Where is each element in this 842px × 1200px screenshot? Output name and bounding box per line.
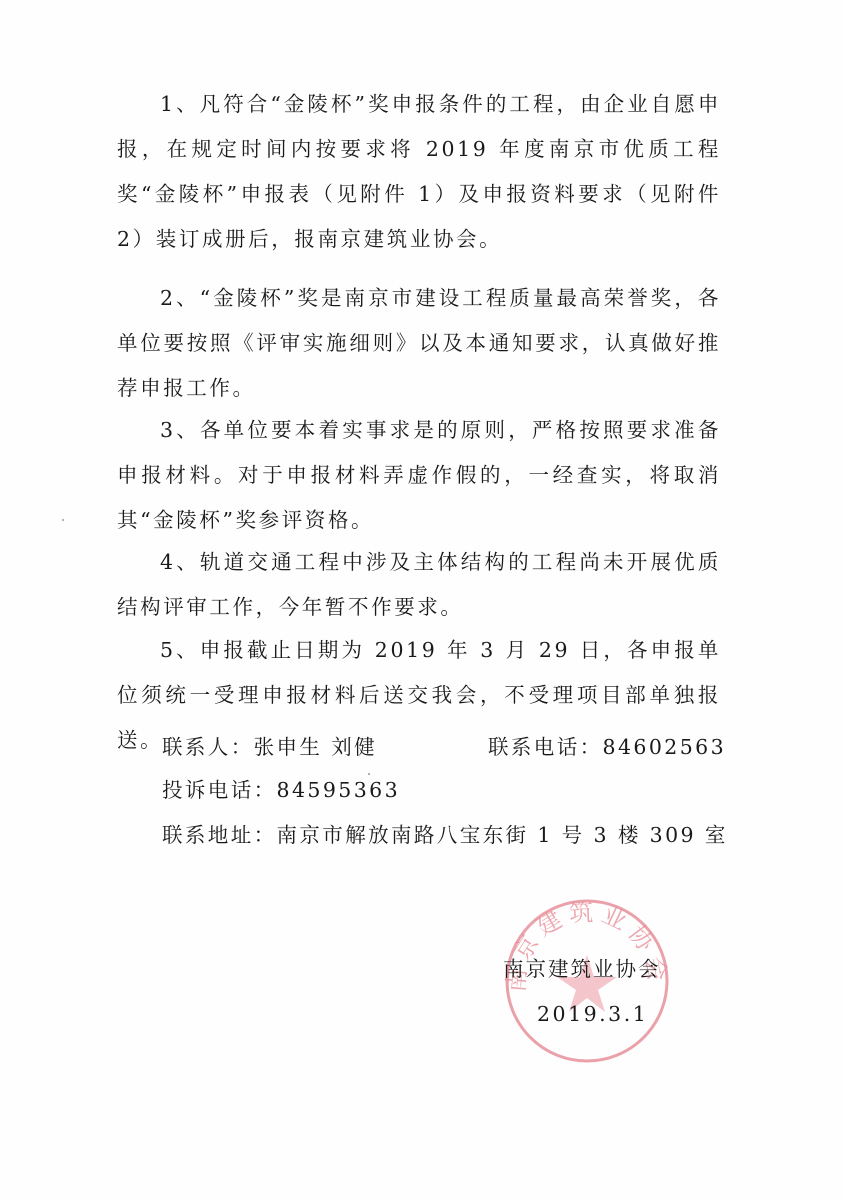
paragraph-1: 1、凡符合“金陵杯”奖申报条件的工程，由企业自愿申报，在规定时间内按要求将 20… <box>117 82 721 262</box>
paragraph-3: 3、各单位要本着实事求是的原则，严格按照要求准备申报材料。对于申报材料弄虚作假的… <box>117 408 721 543</box>
contact-persons-value: 张申生 刘健 <box>254 735 377 759</box>
complaint-phone: 投诉电话：84595363 <box>162 775 400 805</box>
scan-speck <box>428 649 430 651</box>
contact-persons: 联系人：张申生 刘健 <box>162 732 377 762</box>
paragraph-2: 2、“金陵杯”奖是南京市建设工程质量最高荣誉奖，各单位要按照《评审实施细则》以及… <box>117 276 721 411</box>
contact-address-label: 联系地址： <box>162 823 277 847</box>
document-page: 1、凡符合“金陵杯”奖申报条件的工程，由企业自愿申报，在规定时间内按要求将 20… <box>0 0 842 1200</box>
signature-date: 2019.3.1 <box>537 1002 648 1026</box>
contact-phone-label: 联系电话： <box>488 735 603 759</box>
scan-speck <box>62 519 64 521</box>
complaint-phone-value: 84595363 <box>277 778 401 802</box>
contact-address-value: 南京市解放南路八宝东街 1 号 3 楼 309 室 <box>277 823 728 847</box>
contact-persons-label: 联系人： <box>162 735 254 759</box>
signature-organization: 南京建筑业协会 <box>503 952 661 982</box>
contact-phone: 联系电话：84602563 <box>488 732 726 762</box>
scan-speck <box>368 773 370 775</box>
contact-phone-value: 84602563 <box>603 735 727 759</box>
complaint-phone-label: 投诉电话： <box>162 778 277 802</box>
contact-address: 联系地址：南京市解放南路八宝东街 1 号 3 楼 309 室 <box>162 820 728 850</box>
paragraph-4: 4、轨道交通工程中涉及主体结构的工程尚未开展优质结构评审工作，今年暂不作要求。 <box>117 540 721 630</box>
